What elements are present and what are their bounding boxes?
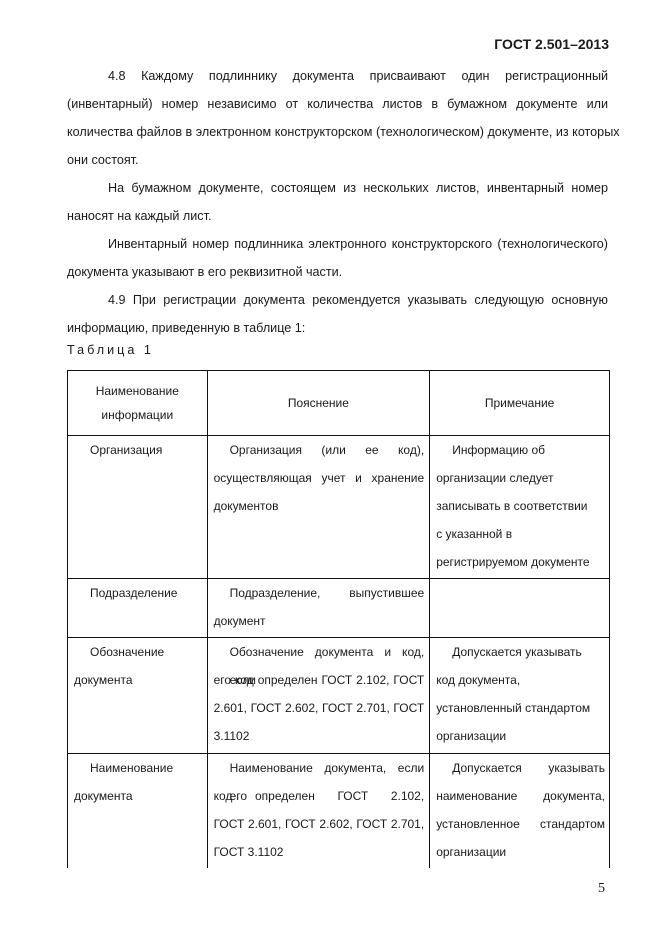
text-line: (инвентарный) номер независимо от количе… [67,90,608,118]
cell-explanation: Наименование документа, если его код опр… [207,754,430,869]
cell-name: Обозначение документа [68,638,208,754]
table-header-row: Наименование информации Пояснение Примеч… [68,371,610,436]
cell-name: Организация [68,436,208,579]
paragraph-paper-document: На бумажном документе, состоящем из неск… [67,174,608,230]
text-line: наносят на каждый лист. [67,202,608,230]
paragraph-4-8: 4.8 Каждому подлиннику документа присваи… [67,62,608,174]
paragraph-4-9: 4.9 При регистрации документа рекомендуе… [67,286,608,342]
text-line: они состоят. [67,146,608,174]
table-row: Наименование документа Наименование доку… [68,754,610,869]
cell-note: Допускается указывать наименование докум… [430,754,610,869]
cell-note: Допускается указывать код документа, уст… [430,638,610,754]
table-row: Организация Организация (или ее код), ос… [68,436,610,579]
cell-name: Подразделение [68,579,208,638]
cell-explanation: Организация (или ее код), осуществляющая… [207,436,430,579]
cell-note: Информацию об организации следует записы… [430,436,610,579]
page-number: 5 [598,881,605,897]
text-line: информацию, приведенную в таблице 1: [67,314,608,342]
table-caption: Таблица 1 [67,343,154,357]
table-row: Подразделение Подразделение, выпустившее… [68,579,610,638]
paragraph-inventory-number: Инвентарный номер подлинника электронног… [67,230,608,286]
header-explanation: Пояснение [207,371,430,436]
cell-note [430,579,610,638]
text-line: На бумажном документе, состоящем из неск… [67,174,608,202]
cell-explanation: Обозначение документа и код, если его ко… [207,638,430,754]
header-note: Примечание [430,371,610,436]
text-line: 4.8 Каждому подлиннику документа присваи… [67,62,608,90]
header-name: Наименование информации [68,371,208,436]
text-line: Инвентарный номер подлинника электронног… [67,230,608,258]
table-row: Обозначение документа Обозначение докуме… [68,638,610,754]
standard-header: ГОСТ 2.501–2013 [494,36,609,52]
cell-explanation: Подразделение, выпустившее документ [207,579,430,638]
text-line: документа указывают в его реквизитной ча… [67,258,608,286]
text-line: количества файлов в электронном конструк… [67,118,608,146]
registration-info-table: Наименование информации Пояснение Примеч… [67,370,610,868]
text-line: 4.9 При регистрации документа рекомендуе… [67,286,608,314]
cell-name: Наименование документа [68,754,208,869]
